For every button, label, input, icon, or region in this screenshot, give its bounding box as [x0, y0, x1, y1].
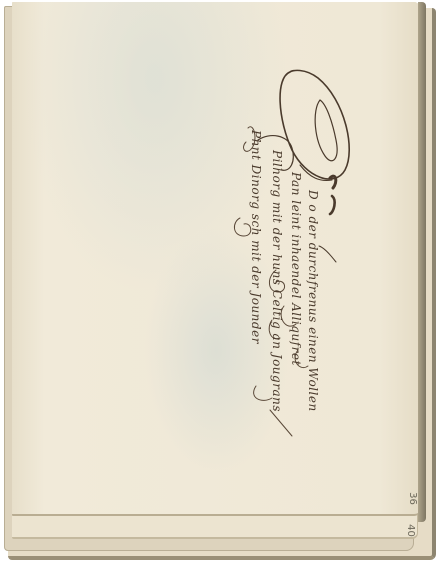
folio-number-40: 40 — [405, 524, 416, 537]
handwritten-flourish-initial — [0, 0, 440, 562]
text-line-2: Pan leint inhaendel Alliqufret — [289, 172, 303, 366]
text-line-3: Pilhorg mit der huns Celtig an Jougrans — [270, 150, 284, 412]
text-line-4: Phnt Dinorg sch mit der Jounder — [249, 130, 263, 344]
folio-number-36: 36 — [407, 492, 418, 505]
manuscript-scan: D o der durchfrenus einen Wollen Pan lei… — [0, 0, 440, 562]
text-line-1: D o der durchfrenus einen Wollen — [306, 190, 320, 412]
